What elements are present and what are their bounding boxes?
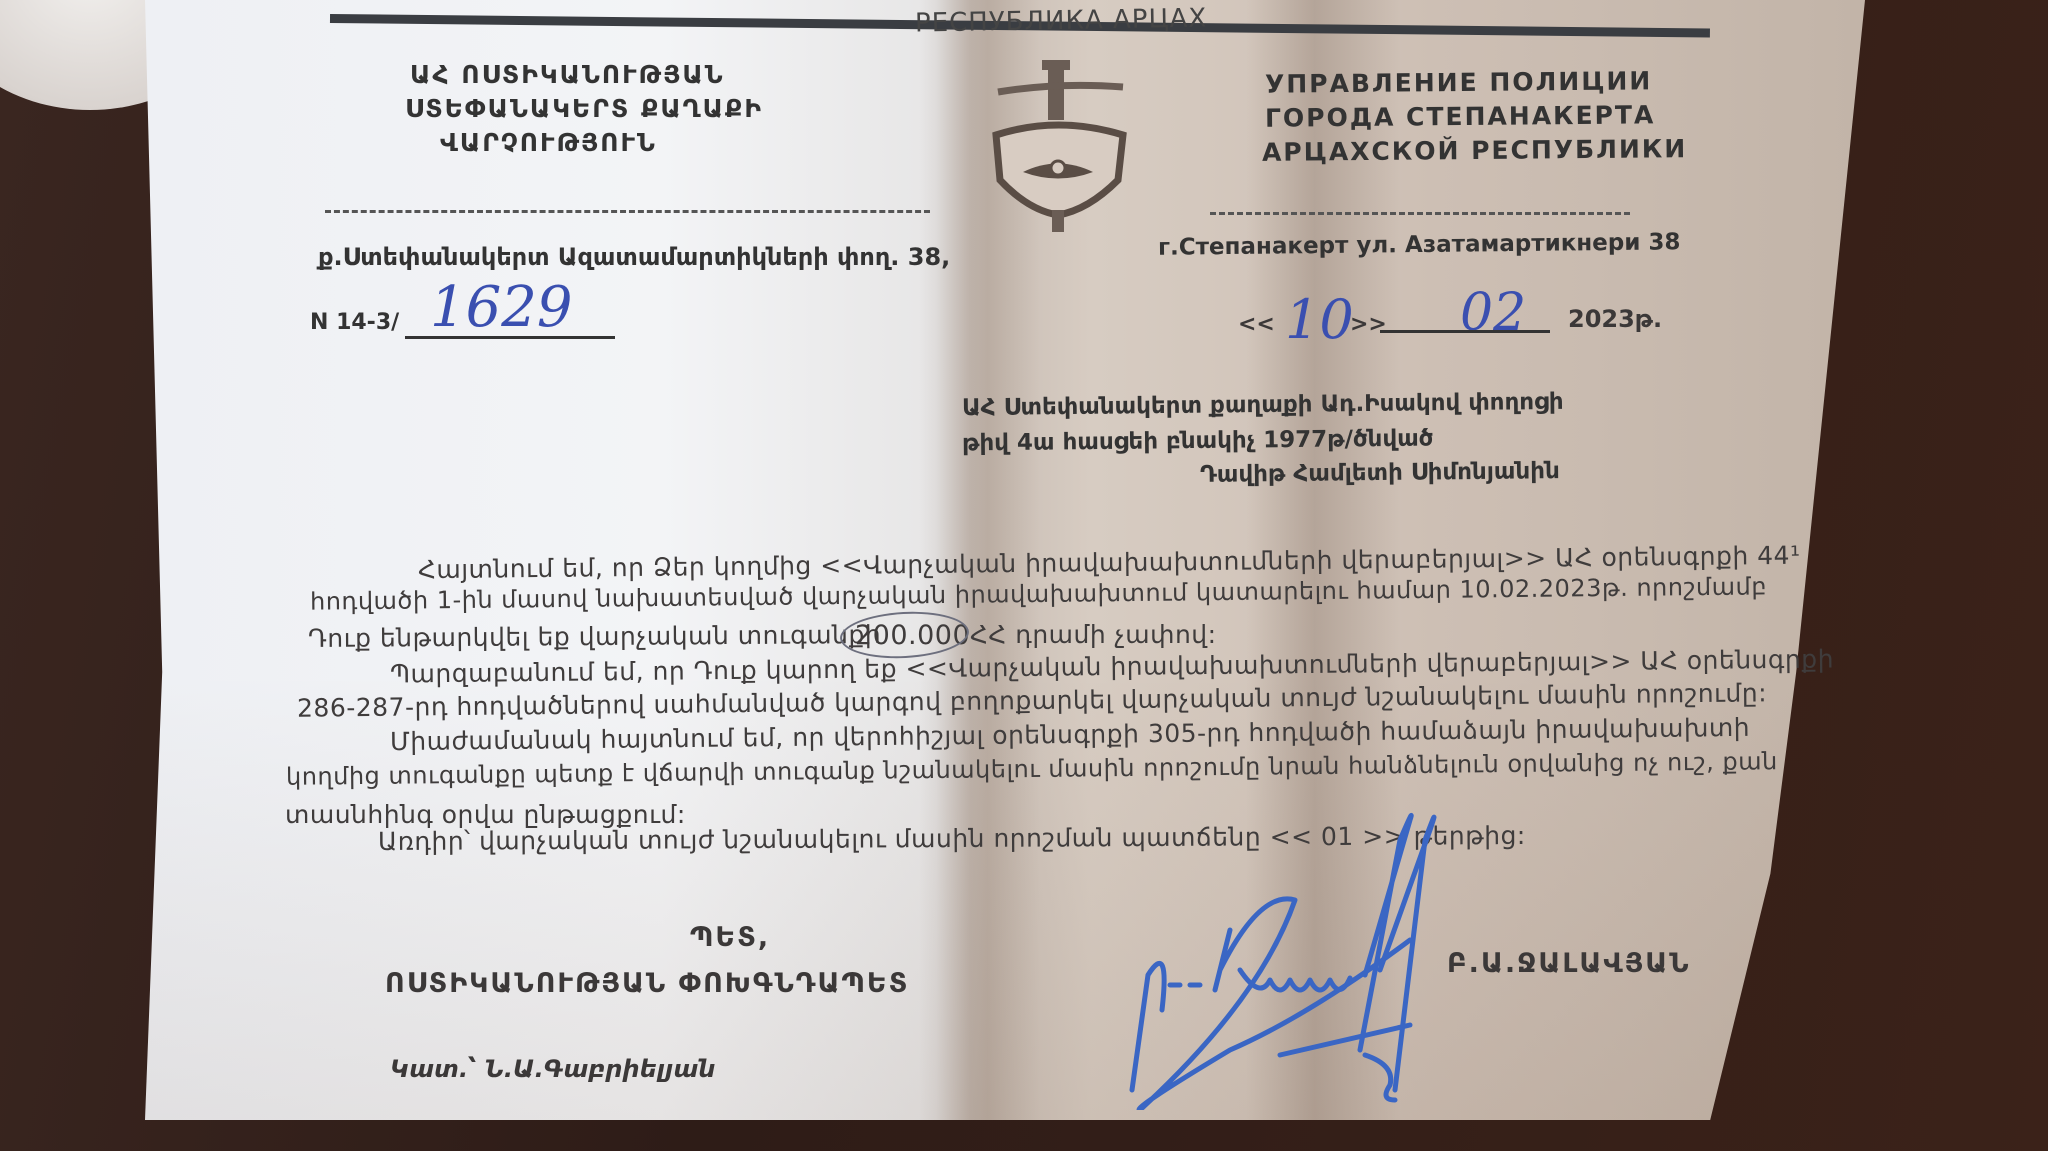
date-day: 10 bbox=[1285, 288, 1354, 351]
body-line-8: տասնհինգ օրվա ընթացքում: bbox=[285, 800, 686, 829]
right-header-line3: АРЦАХСКОЙ РЕСПУБЛИКИ bbox=[1262, 132, 1687, 170]
right-separator bbox=[1210, 212, 1630, 215]
left-header-line2: ՍՏԵՓԱՆԱԿԵՐՏ ՔԱՂԱՔԻ bbox=[405, 92, 763, 126]
reference-underline bbox=[405, 336, 615, 339]
fine-currency: ՀՀ դրամի չափով: bbox=[970, 620, 1217, 649]
signer-title-line2: ՈՍՏԻԿԱՆՈՒԹՅԱՆ ՓՈԽԳՆԴԱՊԵՏ bbox=[385, 968, 909, 999]
executor-note: Կատ.՝ Ն.Ա.Գաբրիելյան bbox=[390, 1055, 715, 1083]
recipient-line3: Դավիթ Համլետի Սիմոնյանին bbox=[1200, 458, 1560, 488]
reference-prefix: N 14-3/ bbox=[310, 310, 399, 335]
date-open-quote: << bbox=[1238, 312, 1275, 337]
police-emblem-icon bbox=[978, 60, 1138, 235]
signature-icon bbox=[1110, 800, 1510, 1110]
date-close-quote: >> bbox=[1350, 312, 1387, 337]
address-russian: г.Степанакерт ул. Азатамартикнери 38 bbox=[1158, 229, 1681, 260]
date-month: 02 bbox=[1460, 283, 1526, 343]
left-header-line1: ԱՀ ՈՍՏԻԿԱՆՈՒԹՅԱՆ bbox=[410, 58, 725, 92]
left-header-line3: ՎԱՐՉՈՒԹՅՈՒՆ bbox=[440, 126, 657, 160]
body-line-3: Դուք ենթարկվել եք վարչական տուգանքի bbox=[308, 620, 881, 653]
address-armenian: ք.Ստեփանակերտ Ազատամարտիկների փող. 38, bbox=[318, 243, 950, 271]
right-header-line1: УПРАВЛЕНИЕ ПОЛИЦИИ bbox=[1265, 64, 1653, 101]
right-header-line2: ГОРОДА СТЕПАНАКЕРТА bbox=[1265, 98, 1656, 135]
recipient-line2: թիվ 4ա հասցեի բնակիչ 1977թ/ծնված bbox=[962, 426, 1434, 457]
reference-number: 1629 bbox=[430, 275, 573, 340]
date-year: 2023թ. bbox=[1568, 305, 1662, 333]
left-separator bbox=[325, 210, 930, 213]
signer-title-line1: ՊԵՏ, bbox=[690, 922, 770, 953]
date-month-underline bbox=[1380, 330, 1550, 333]
republic-header: РЕСПУБЛИКА АРЦАХ bbox=[915, 3, 1208, 38]
